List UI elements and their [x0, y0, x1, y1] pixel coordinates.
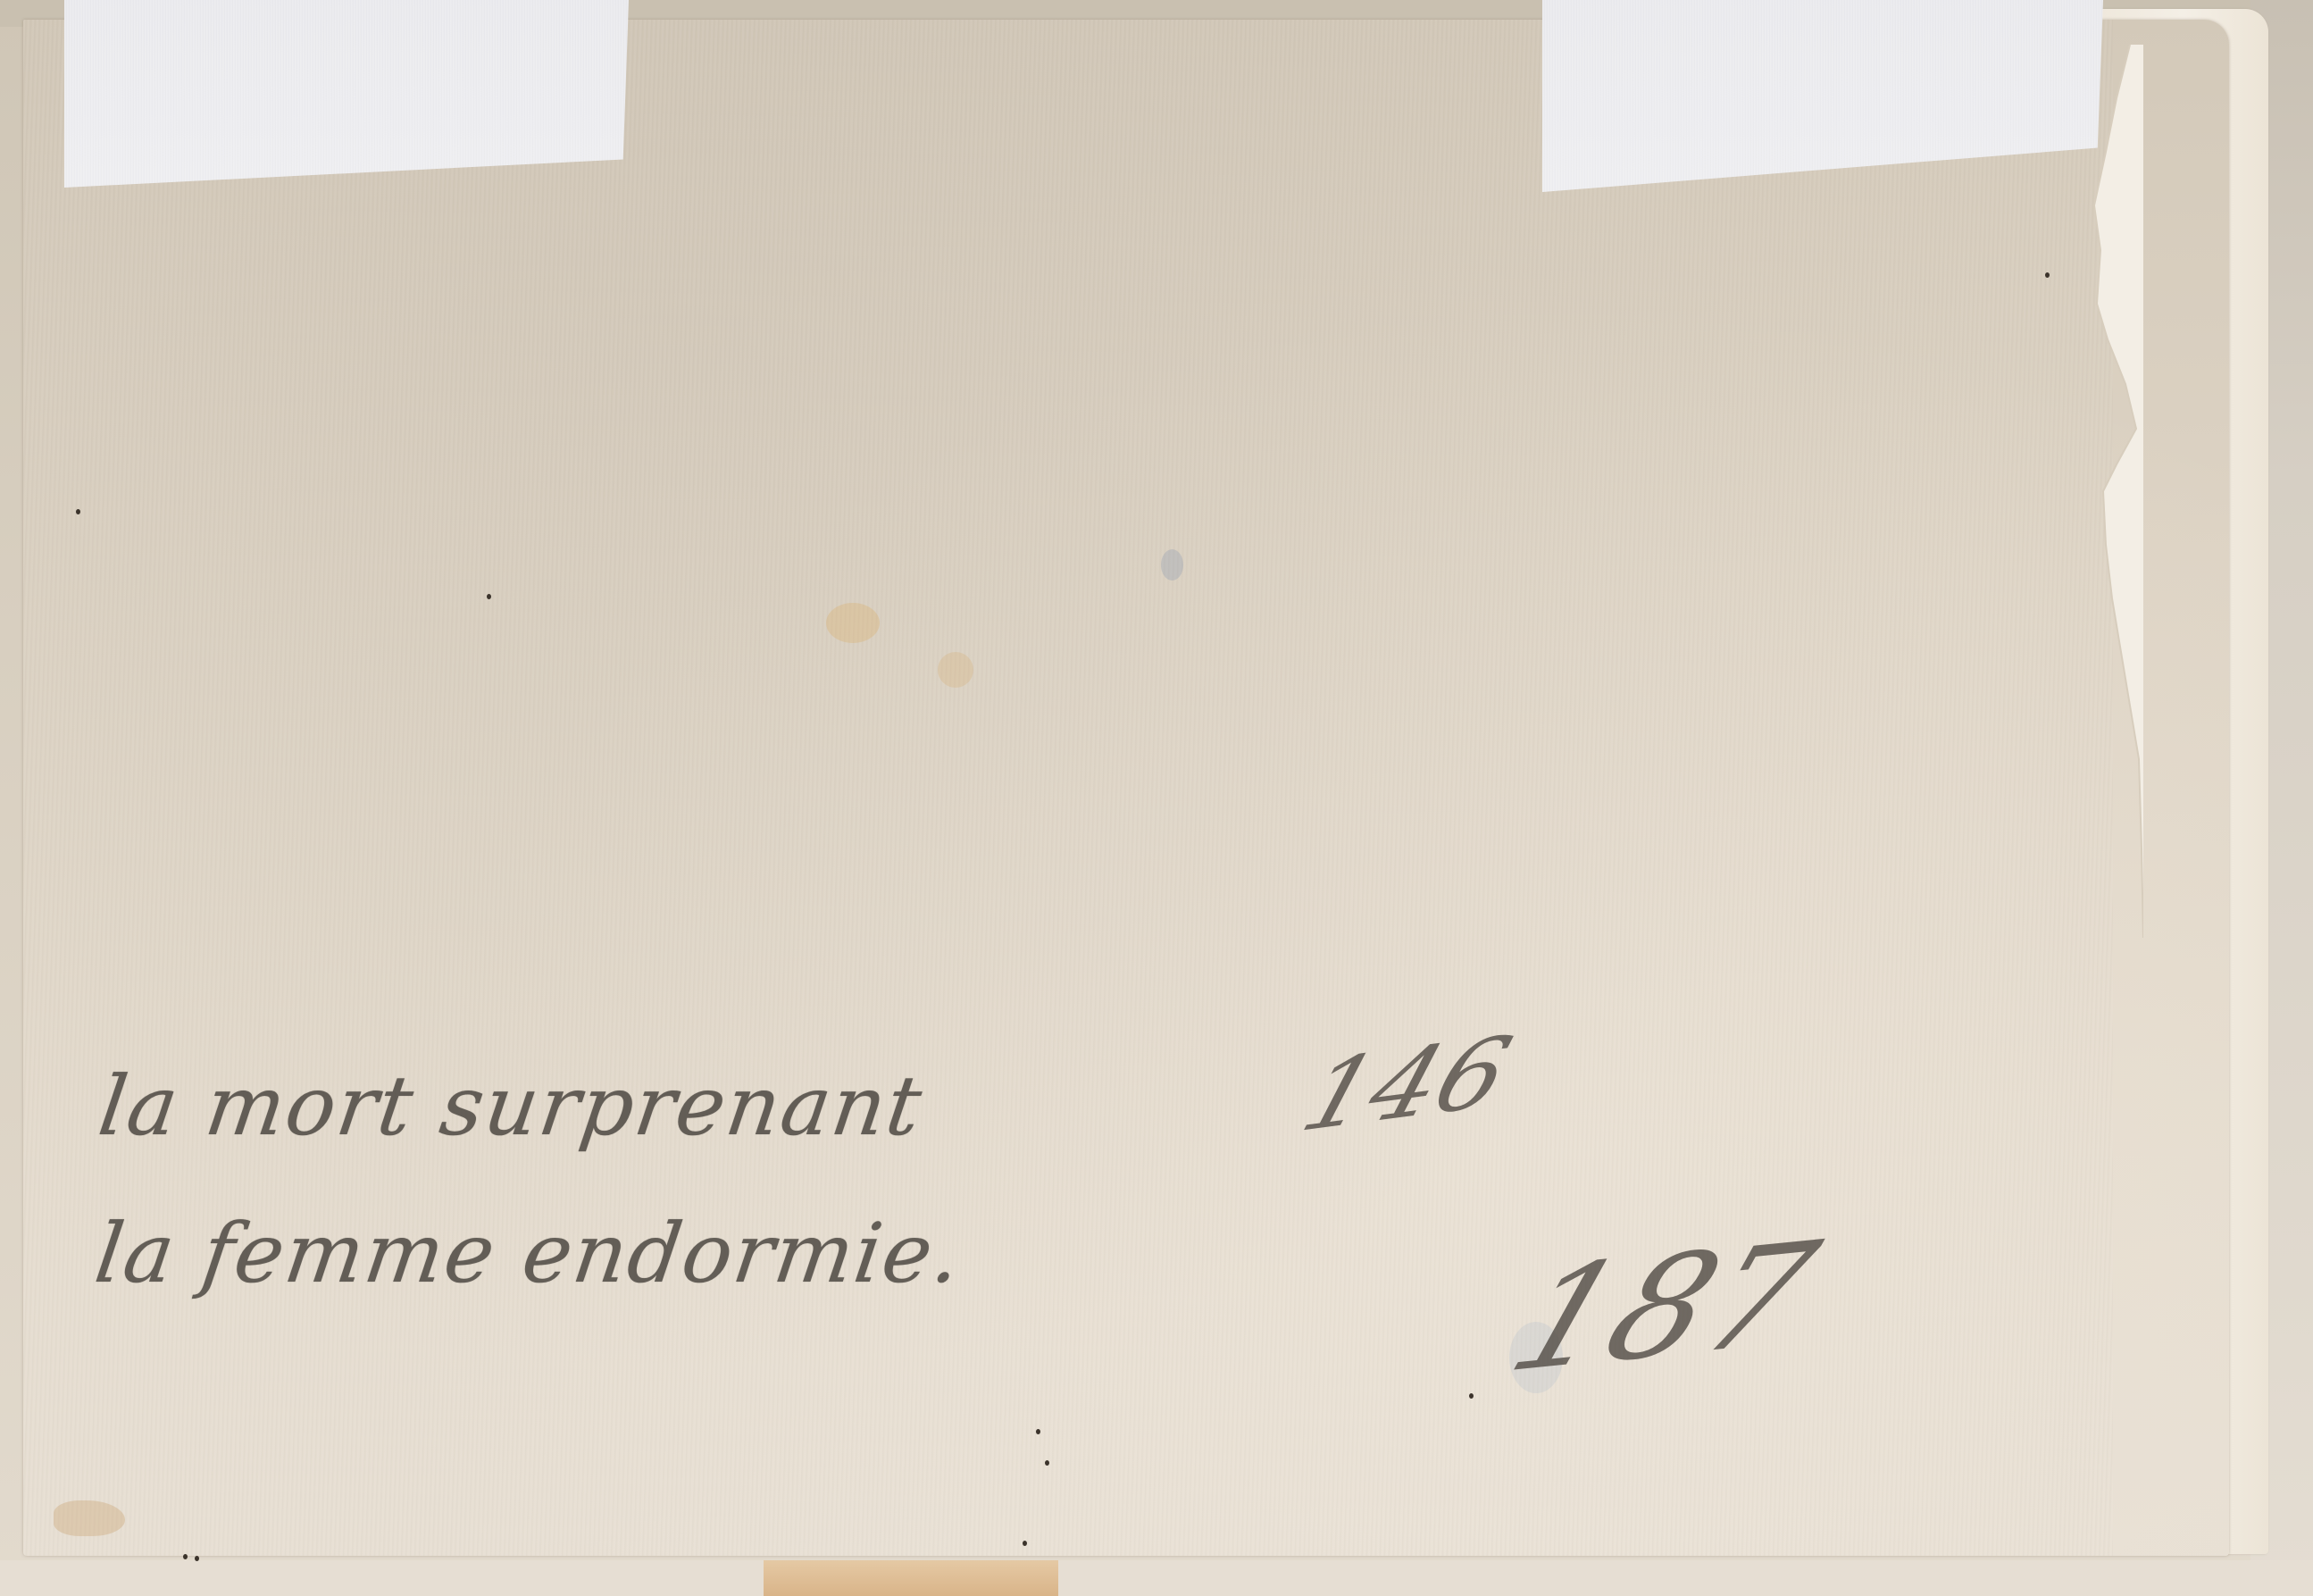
paper-sheet	[23, 20, 2229, 1556]
inscription-line-2: la femme endormie.	[89, 1206, 968, 1301]
photo-scene: la mort surprenant la femme endormie. 14…	[0, 0, 2313, 1596]
speck	[1045, 1460, 1049, 1466]
speck	[1469, 1393, 1474, 1399]
support-block	[764, 1560, 1058, 1596]
speck	[1036, 1429, 1040, 1434]
speck	[1023, 1541, 1027, 1546]
inscription-line-1: la mort surprenant	[93, 1058, 928, 1154]
speck	[2045, 272, 2050, 278]
speck	[76, 509, 80, 514]
torn-edge-icon	[2090, 45, 2143, 1340]
tape-strip-left	[64, 0, 629, 188]
backdrop-bottom	[0, 1560, 2313, 1596]
speck	[487, 594, 491, 599]
speck	[183, 1554, 188, 1559]
paper-texture	[23, 20, 2113, 1556]
speck	[195, 1556, 199, 1561]
